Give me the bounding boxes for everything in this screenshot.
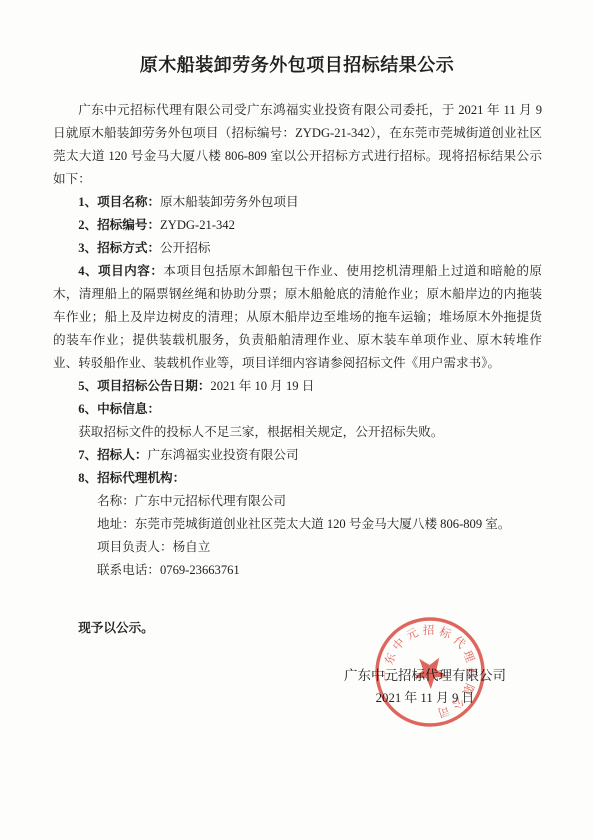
- item-tenderee-label: 7、招标人：: [78, 448, 147, 462]
- item-tender-method: 3、招标方式：公开招标: [53, 237, 542, 260]
- item-project-name-label: 1、项目名称：: [78, 195, 160, 209]
- agency-address-value: 东莞市莞城街道创业社区莞太大道 120 号金马大厦八楼 806-809 室。: [135, 517, 511, 531]
- agency-name-line: 名称：广东中元招标代理有限公司: [97, 490, 542, 513]
- agency-name-label: 名称：: [97, 494, 135, 508]
- item-award-info: 6、中标信息：: [53, 398, 542, 421]
- signature-company: 广东中元招标代理有限公司: [340, 665, 510, 686]
- agency-phone-line: 联系电话：0769-23663761: [97, 559, 542, 582]
- agency-address-label: 地址：: [97, 517, 135, 531]
- item-announcement-date-value: 2021 年 10 月 19 日: [210, 379, 314, 393]
- agency-name-value: 广东中元招标代理有限公司: [135, 494, 286, 508]
- closing-statement: 现予以公示。: [53, 617, 542, 640]
- agency-manager-label: 项目负责人：: [97, 540, 173, 554]
- item-project-name-value: 原木船装卸劳务外包项目: [160, 195, 299, 209]
- item-tender-method-value: 公开招标: [160, 241, 210, 255]
- document-title: 原木船装卸劳务外包项目招标结果公示: [0, 0, 594, 78]
- item-tender-number: 2、招标编号：ZYDG-21-342: [53, 214, 542, 237]
- item-agency-label: 8、招标代理机构：: [78, 471, 185, 485]
- item-project-content-value: 本项目包括原木卸船包干作业、使用挖机清理船上过道和暗舱的原木，清理船上的隔票钢丝…: [53, 264, 542, 370]
- agency-manager-value: 杨自立: [173, 540, 211, 554]
- intro-paragraph: 广东中元招标代理有限公司受广东鸿福实业投资有限公司委托，于 2021 年 11 …: [53, 99, 542, 191]
- agency-phone-value: 0769-23663761: [160, 563, 240, 577]
- item-announcement-date: 5、项目招标公告日期：2021 年 10 月 19 日: [53, 375, 542, 398]
- item-tenderee-value: 广东鸿福实业投资有限公司: [147, 448, 298, 462]
- award-note: 获取招标文件的投标人不足三家，根据相关规定，公开招标失败。: [53, 421, 542, 444]
- document-body: 广东中元招标代理有限公司受广东鸿福实业投资有限公司委托，于 2021 年 11 …: [53, 99, 542, 640]
- item-tender-number-label: 2、招标编号：: [78, 218, 160, 232]
- item-agency: 8、招标代理机构：: [53, 467, 542, 490]
- item-project-content: 4、项目内容：本项目包括原木卸船包干作业、使用挖机清理船上过道和暗舱的原木，清理…: [53, 260, 542, 375]
- item-project-content-label: 4、项目内容：: [78, 264, 163, 278]
- item-announcement-date-label: 5、项目招标公告日期：: [78, 379, 210, 393]
- agency-phone-label: 联系电话：: [97, 563, 160, 577]
- item-project-name: 1、项目名称：原木船装卸劳务外包项目: [53, 191, 542, 214]
- item-tender-number-value: ZYDG-21-342: [160, 218, 235, 232]
- item-tender-method-label: 3、招标方式：: [78, 241, 160, 255]
- signature-date: 2021 年 11 月 9 日: [340, 686, 510, 711]
- item-award-info-label: 6、中标信息：: [78, 402, 160, 416]
- svg-text:理: 理: [460, 649, 477, 665]
- signature-block: 广东中元招标代理有限公司 2021 年 11 月 9 日: [340, 665, 510, 711]
- document-page: 原木船装卸劳务外包项目招标结果公示 广东中元招标代理有限公司受广东鸿福实业投资有…: [0, 0, 594, 839]
- agency-manager-line: 项目负责人：杨自立: [97, 536, 542, 559]
- agency-address-line: 地址：东莞市莞城街道创业社区莞太大道 120 号金马大厦八楼 806-809 室…: [97, 513, 542, 536]
- item-tenderee: 7、招标人：广东鸿福实业投资有限公司: [53, 444, 542, 467]
